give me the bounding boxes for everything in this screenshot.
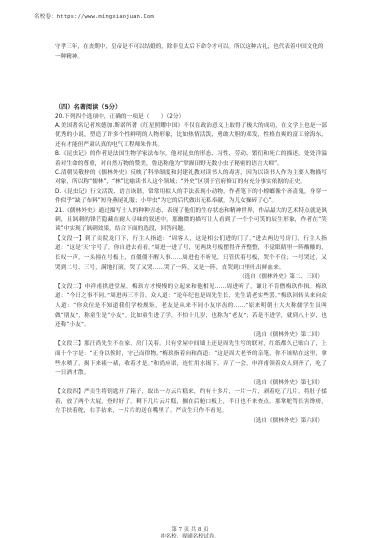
option-a: A.美国著名记者埃德加.斯诺所著《红星照耀中国》不仅在政治意义上取得了极大的成功… <box>55 122 327 150</box>
question-20-stem: 20.下列四个选项中，正确的一项是（ ）（2分） <box>55 113 327 122</box>
reading-section: （四）名著阅读（5分） 20.下列四个选项中，正确的一项是（ ）（2分） A.美… <box>55 103 327 427</box>
passage-text: 到了贡院龙门下，行主人指道：“周客人，这是相公们进的门了。”进去两边号房门，行主… <box>55 236 327 271</box>
passage-tag: 【文段二】 <box>55 284 85 290</box>
option-c: C.清朝吴敬梓的《儒林外史》反映了科举制度和封建礼教对读书人的毒害，因为以读书人… <box>55 169 327 188</box>
passage-source: （选自《儒林外史》第七回） <box>55 379 327 389</box>
passage-2: 【文段二】申祥甫拱进堂屋，梅玖方才慢慢的立起来和他相见……周进听了，谦让不肯僭梅… <box>55 283 327 331</box>
passage-1: 【文段一】到了贡院龙门下，行主人指道：“周客人，这是相公们进的门了。”进去两边号… <box>55 235 327 273</box>
site-header: 名校卷：https://www.mingxiaojuan.Com <box>34 12 154 20</box>
passage-text: 严贡生将钥匙开了箱子，取出一方云片糕来，约有十多片，一片一片，剥着吃了几片，将肚… <box>55 389 327 414</box>
option-d: D.《昆虫记》行文活泼、语言诙谐，常常用拟人的手法表现小动物，作者笔下的小螳螂像… <box>55 188 327 207</box>
section-title: （四）名著阅读（5分） <box>55 103 327 113</box>
intro-paragraph: 守孝三年，在丧期中，皇帝是不可以结婚的，除非皇太后下命令才可以。所以这种古礼，也… <box>55 43 327 62</box>
passage-source: （选自《儒林外史》第二回） <box>55 331 327 341</box>
passage-text: 那汪尚先生不在家，房门关着。只有堂屋中间墙上还是周先生写的联对，红纸都久已贴白了… <box>55 341 327 376</box>
option-b: B.《昆虫记》的作者是法国生物学家法布尔，他对昆虫的形态、习性、劳动、繁衍和死亡… <box>55 150 327 169</box>
footer-note: 冲名校，视刷名校试卷。 <box>0 532 380 538</box>
passage-source: （选自《儒林外史》第六回） <box>55 417 327 427</box>
passage-tag: 【文段四】 <box>55 389 84 395</box>
passage-tag: 【文段三】 <box>55 341 84 347</box>
intro-text: 守孝三年，在丧期中，皇帝是不可以结婚的，除非皇太后下命令才可以。所以这种古礼，也… <box>55 44 324 60</box>
passage-3: 【文段三】那汪尚先生不在家，房门关着。只有堂屋中间墙上还是周先生写的联对，红纸都… <box>55 340 327 378</box>
passage-tag: 【文段一】 <box>55 236 85 242</box>
passage-source: （选自《儒林外史》第二、三回） <box>55 273 327 283</box>
question-21-stem: 21.《儒林外史》通过描写士人的种种丑态，表现了他们的生存状态和精神世界，作品最… <box>55 207 327 235</box>
passage-text: 申祥甫拱进堂屋，梅玖方才慢慢的立起来和他相见……周进听了，谦让不肯僭梅玖作揖。梅… <box>55 284 327 328</box>
passage-4: 【文段四】严贡生将钥匙开了箱子，取出一方云片糕来，约有十多片，一片一片，剥着吃了… <box>55 388 327 417</box>
